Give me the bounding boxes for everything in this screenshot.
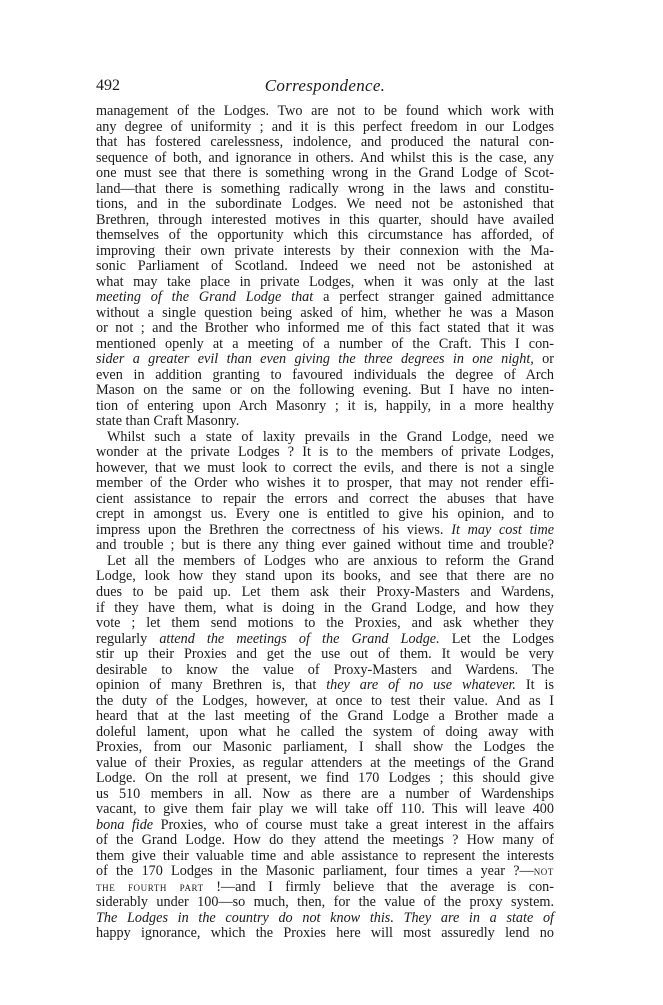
text-line: meeting of the Grand Lodge that a perfec… bbox=[96, 290, 554, 306]
text-line: themselves of the opportunity which this… bbox=[96, 228, 554, 244]
text-segment: tions, and in the subordinate Lodges. We… bbox=[96, 196, 554, 212]
text-segment: regularly bbox=[96, 631, 159, 647]
text-segment: crept in amongst us. Every one is entitl… bbox=[96, 506, 554, 522]
text-line: one must see that there is something wro… bbox=[96, 166, 554, 182]
text-line: if they have them, what is doing in the … bbox=[96, 601, 554, 617]
text-segment: desirable to know the value of Proxy-Mas… bbox=[96, 662, 554, 678]
text-segment bbox=[394, 910, 404, 926]
text-line: even in addition granting to favoured in… bbox=[96, 368, 554, 384]
text-line: state than Craft Masonry. bbox=[96, 414, 554, 430]
text-line: stir up their Proxies and get the use ou… bbox=[96, 647, 554, 663]
text-segment: value of their Proxies, as regular atten… bbox=[96, 755, 554, 771]
text-segment: or not ; and the Brother who informed me… bbox=[96, 320, 554, 336]
text-line: of the 170 Lodges in the Masonic parliam… bbox=[96, 864, 554, 880]
text-segment: however, that we must look to correct th… bbox=[96, 460, 554, 476]
text-line: doleful lament, upon what he called the … bbox=[96, 725, 554, 741]
text-line: Lodge. On the roll at present, we find 1… bbox=[96, 771, 554, 787]
running-header: 492 Correspondence. bbox=[96, 76, 554, 96]
text-segment: Let the Lodges bbox=[440, 631, 554, 647]
text-segment: management of the Lodges. Two are not to… bbox=[96, 103, 554, 119]
text-segment: one must see that there is something wro… bbox=[96, 165, 554, 181]
text-segment: wonder at the private Lodges ? It is to … bbox=[96, 444, 554, 460]
text-line: impress upon the Brethren the correctnes… bbox=[96, 523, 554, 539]
text-segment: or bbox=[534, 351, 554, 367]
text-line: Brethren, through interested motives in … bbox=[96, 213, 554, 229]
text-line: heard that at the last meeting of the Gr… bbox=[96, 709, 554, 725]
text-line: improving their own private interests by… bbox=[96, 244, 554, 260]
text-segment: if they have them, what is doing in the … bbox=[96, 600, 554, 616]
text-line: desirable to know the value of Proxy-Mas… bbox=[96, 663, 554, 679]
text-line: what may take place in private Lodges, w… bbox=[96, 275, 554, 291]
text-segment: member of the Order who wishes it to pro… bbox=[96, 475, 554, 491]
text-segment: improving their own private interests by… bbox=[96, 243, 554, 259]
text-segment: Lodge. On the roll at present, we find 1… bbox=[96, 770, 554, 786]
text-line: however, that we must look to correct th… bbox=[96, 461, 554, 477]
text-segment: Proxies, who of course must take a great… bbox=[153, 817, 554, 833]
text-line: happy ignorance, which the Proxies here … bbox=[96, 926, 554, 942]
text-line: or not ; and the Brother who informed me… bbox=[96, 321, 554, 337]
running-title: Correspondence. bbox=[96, 76, 554, 96]
text-segment: them give their valuable time and able a… bbox=[96, 848, 554, 864]
italic-text: attend the meetings of the Grand Lodge. bbox=[159, 631, 439, 647]
text-segment: cient assistance to repair the errors an… bbox=[96, 491, 554, 507]
text-segment: that has fostered carelessness, indolenc… bbox=[96, 134, 554, 150]
text-line: Lodge, look how they stand upon its book… bbox=[96, 569, 554, 585]
text-segment: Brethren, through interested motives in … bbox=[96, 212, 554, 228]
text-line: opinion of many Brethren is, that they a… bbox=[96, 678, 554, 694]
text-line: Whilst such a state of laxity prevails i… bbox=[96, 430, 554, 446]
text-line: tion of entering upon Arch Masonry ; it … bbox=[96, 399, 554, 415]
text-line: Proxies, from our Masonic parliament, I … bbox=[96, 740, 554, 756]
text-segment: land—that there is something radically w… bbox=[96, 181, 554, 197]
text-segment: !—and I firmly believe that the average … bbox=[204, 879, 554, 895]
text-line: us 510 members in all. Now as there are … bbox=[96, 787, 554, 803]
text-segment: mentioned openly at a meeting of a numbe… bbox=[96, 336, 554, 352]
text-line: wonder at the private Lodges ? It is to … bbox=[96, 445, 554, 461]
text-line: bona fide Proxies, who of course must ta… bbox=[96, 818, 554, 834]
text-segment: any degree of uniformity ; and it is thi… bbox=[96, 119, 554, 135]
italic-text: bona fide bbox=[96, 817, 153, 833]
italic-text: meeting of the Grand Lodge that bbox=[96, 289, 313, 305]
text-segment: even in addition granting to favoured in… bbox=[96, 367, 554, 383]
text-line: vote ; let them send motions to the Prox… bbox=[96, 616, 554, 632]
text-segment: sonic Parliament of Scotland. Indeed we … bbox=[96, 258, 554, 274]
text-line: that has fostered carelessness, indolenc… bbox=[96, 135, 554, 151]
text-segment: without a single question being asked of… bbox=[96, 305, 554, 321]
italic-text: sider a greater evil than even giving th… bbox=[96, 351, 534, 367]
text-line: management of the Lodges. Two are not to… bbox=[96, 104, 554, 120]
text-segment: tion of entering upon Arch Masonry ; it … bbox=[96, 398, 554, 414]
text-line: of the Grand Lodge. How do they attend t… bbox=[96, 833, 554, 849]
text-line: sonic Parliament of Scotland. Indeed we … bbox=[96, 259, 554, 275]
text-line: land—that there is something radically w… bbox=[96, 182, 554, 198]
text-segment: heard that at the last meeting of the Gr… bbox=[96, 708, 554, 724]
body-text: management of the Lodges. Two are not to… bbox=[96, 104, 554, 942]
text-line: value of their Proxies, as regular atten… bbox=[96, 756, 554, 772]
text-segment: a perfect stranger gained admittance bbox=[313, 289, 554, 305]
text-segment: Mason on the same or on the following ev… bbox=[96, 382, 554, 398]
text-line: cient assistance to repair the errors an… bbox=[96, 492, 554, 508]
text-segment: the duty of the Lodges, however, at once… bbox=[96, 693, 554, 709]
italic-text: they are of no use whatever. bbox=[326, 677, 516, 693]
document-page: 492 Correspondence. management of the Lo… bbox=[96, 76, 554, 942]
text-segment: Proxies, from our Masonic parliament, I … bbox=[96, 739, 554, 755]
text-line: and trouble ; but is there any thing eve… bbox=[96, 538, 554, 554]
text-line: the fourth part !—and I firmly believe t… bbox=[96, 880, 554, 896]
text-segment: Whilst such a state of laxity prevails i… bbox=[107, 429, 554, 445]
text-segment: doleful lament, upon what he called the … bbox=[96, 724, 554, 740]
italic-text: It may cost time bbox=[451, 522, 554, 538]
small-caps-text: the fourth part bbox=[96, 880, 204, 894]
text-segment: Lodge, look how they stand upon its book… bbox=[96, 568, 554, 584]
text-line: member of the Order who wishes it to pro… bbox=[96, 476, 554, 492]
text-segment: us 510 members in all. Now as there are … bbox=[96, 786, 554, 802]
text-segment: It is bbox=[516, 677, 554, 693]
text-line: crept in amongst us. Every one is entitl… bbox=[96, 507, 554, 523]
text-line: Mason on the same or on the following ev… bbox=[96, 383, 554, 399]
text-line: siderably under 100—so much, then, for t… bbox=[96, 895, 554, 911]
small-caps-text: not bbox=[534, 864, 554, 878]
text-line: the duty of the Lodges, however, at once… bbox=[96, 694, 554, 710]
text-line: tions, and in the subordinate Lodges. We… bbox=[96, 197, 554, 213]
text-line: them give their valuable time and able a… bbox=[96, 849, 554, 865]
text-line: without a single question being asked of… bbox=[96, 306, 554, 322]
text-line: The Lodges in the country do not know th… bbox=[96, 911, 554, 927]
text-segment: and trouble ; but is there any thing eve… bbox=[96, 537, 554, 553]
text-segment: state than Craft Masonry. bbox=[96, 413, 239, 429]
italic-text: The Lodges in the country do not know th… bbox=[96, 910, 394, 926]
text-segment: dues to be paid up. Let them ask their P… bbox=[96, 584, 554, 600]
text-segment: opinion of many Brethren is, that bbox=[96, 677, 326, 693]
text-segment: stir up their Proxies and get the use ou… bbox=[96, 646, 554, 662]
text-line: mentioned openly at a meeting of a numbe… bbox=[96, 337, 554, 353]
text-line: regularly attend the meetings of the Gra… bbox=[96, 632, 554, 648]
text-line: Let all the members of Lodges who are an… bbox=[96, 554, 554, 570]
text-line: sequence of both, and ignorance in other… bbox=[96, 151, 554, 167]
text-segment: themselves of the opportunity which this… bbox=[96, 227, 554, 243]
text-segment: vote ; let them send motions to the Prox… bbox=[96, 615, 554, 631]
text-segment: what may take place in private Lodges, w… bbox=[96, 274, 554, 290]
text-line: vacant, to give them fair play we will t… bbox=[96, 802, 554, 818]
text-segment: sequence of both, and ignorance in other… bbox=[96, 150, 554, 166]
text-segment: vacant, to give them fair play we will t… bbox=[96, 801, 554, 817]
text-line: dues to be paid up. Let them ask their P… bbox=[96, 585, 554, 601]
text-segment: happy ignorance, which the Proxies here … bbox=[96, 925, 554, 941]
text-segment: of the 170 Lodges in the Masonic parliam… bbox=[96, 863, 534, 879]
text-segment: of the Grand Lodge. How do they attend t… bbox=[96, 832, 554, 848]
text-segment: siderably under 100—so much, then, for t… bbox=[96, 894, 554, 910]
text-line: sider a greater evil than even giving th… bbox=[96, 352, 554, 368]
text-segment: Let all the members of Lodges who are an… bbox=[107, 553, 554, 569]
text-line: any degree of uniformity ; and it is thi… bbox=[96, 120, 554, 136]
text-segment: impress upon the Brethren the correctnes… bbox=[96, 522, 451, 538]
italic-text: They are in a state of bbox=[404, 910, 554, 926]
